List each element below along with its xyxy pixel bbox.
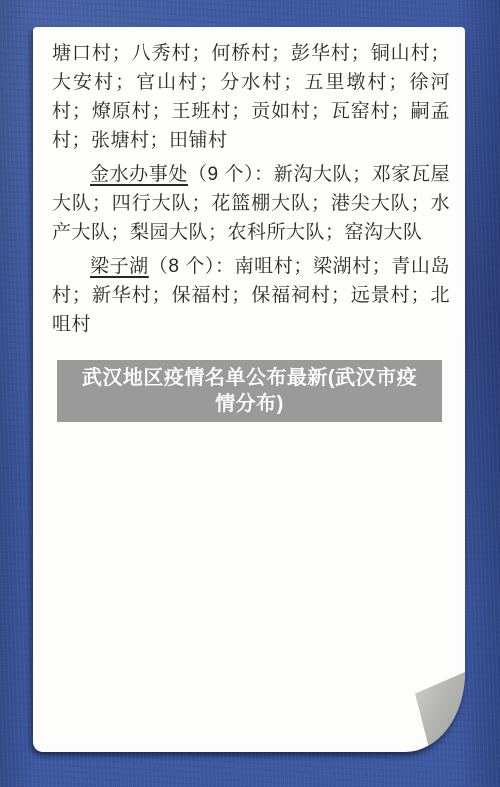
article-title-line1: 武汉地区疫情名单公布最新(武汉市疫	[57, 365, 442, 391]
jinshui-office-heading: 金水办事处	[90, 164, 188, 185]
page-background: 塘口村；八秀村；何桥村；彭华村；铜山村；大安村；官山村；分水村；五里墩村；徐河村…	[0, 0, 500, 787]
village-list-text: 塘口村；八秀村；何桥村；彭华村；铜山村；大安村；官山村；分水村；五里墩村；徐河村…	[52, 43, 450, 151]
paragraph-jinshui-office: 金水办事处（9 个）：新沟大队；邓家瓦屋大队；四行大队；花篮棚大队；港尖大队；水…	[52, 160, 450, 247]
liangzihu-heading: 梁子湖	[90, 256, 149, 277]
article-title-line2: 情分布)	[57, 391, 442, 417]
paragraph-village-list: 塘口村；八秀村；何桥村；彭华村；铜山村；大安村；官山村；分水村；五里墩村；徐河村…	[52, 39, 450, 155]
document-body: 塘口村；八秀村；何桥村；彭华村；铜山村；大安村；官山村；分水村；五里墩村；徐河村…	[33, 27, 465, 339]
paragraph-liangzihu: 梁子湖（8 个）：南咀村；梁湖村；青山岛村；新华村；保福村；保福祠村；远景村；北…	[52, 252, 450, 339]
page-curl	[415, 672, 465, 752]
document-paper: 塘口村；八秀村；何桥村；彭华村；铜山村；大安村；官山村；分水村；五里墩村；徐河村…	[33, 27, 465, 752]
article-title-banner: 武汉地区疫情名单公布最新(武汉市疫 情分布)	[57, 360, 442, 422]
